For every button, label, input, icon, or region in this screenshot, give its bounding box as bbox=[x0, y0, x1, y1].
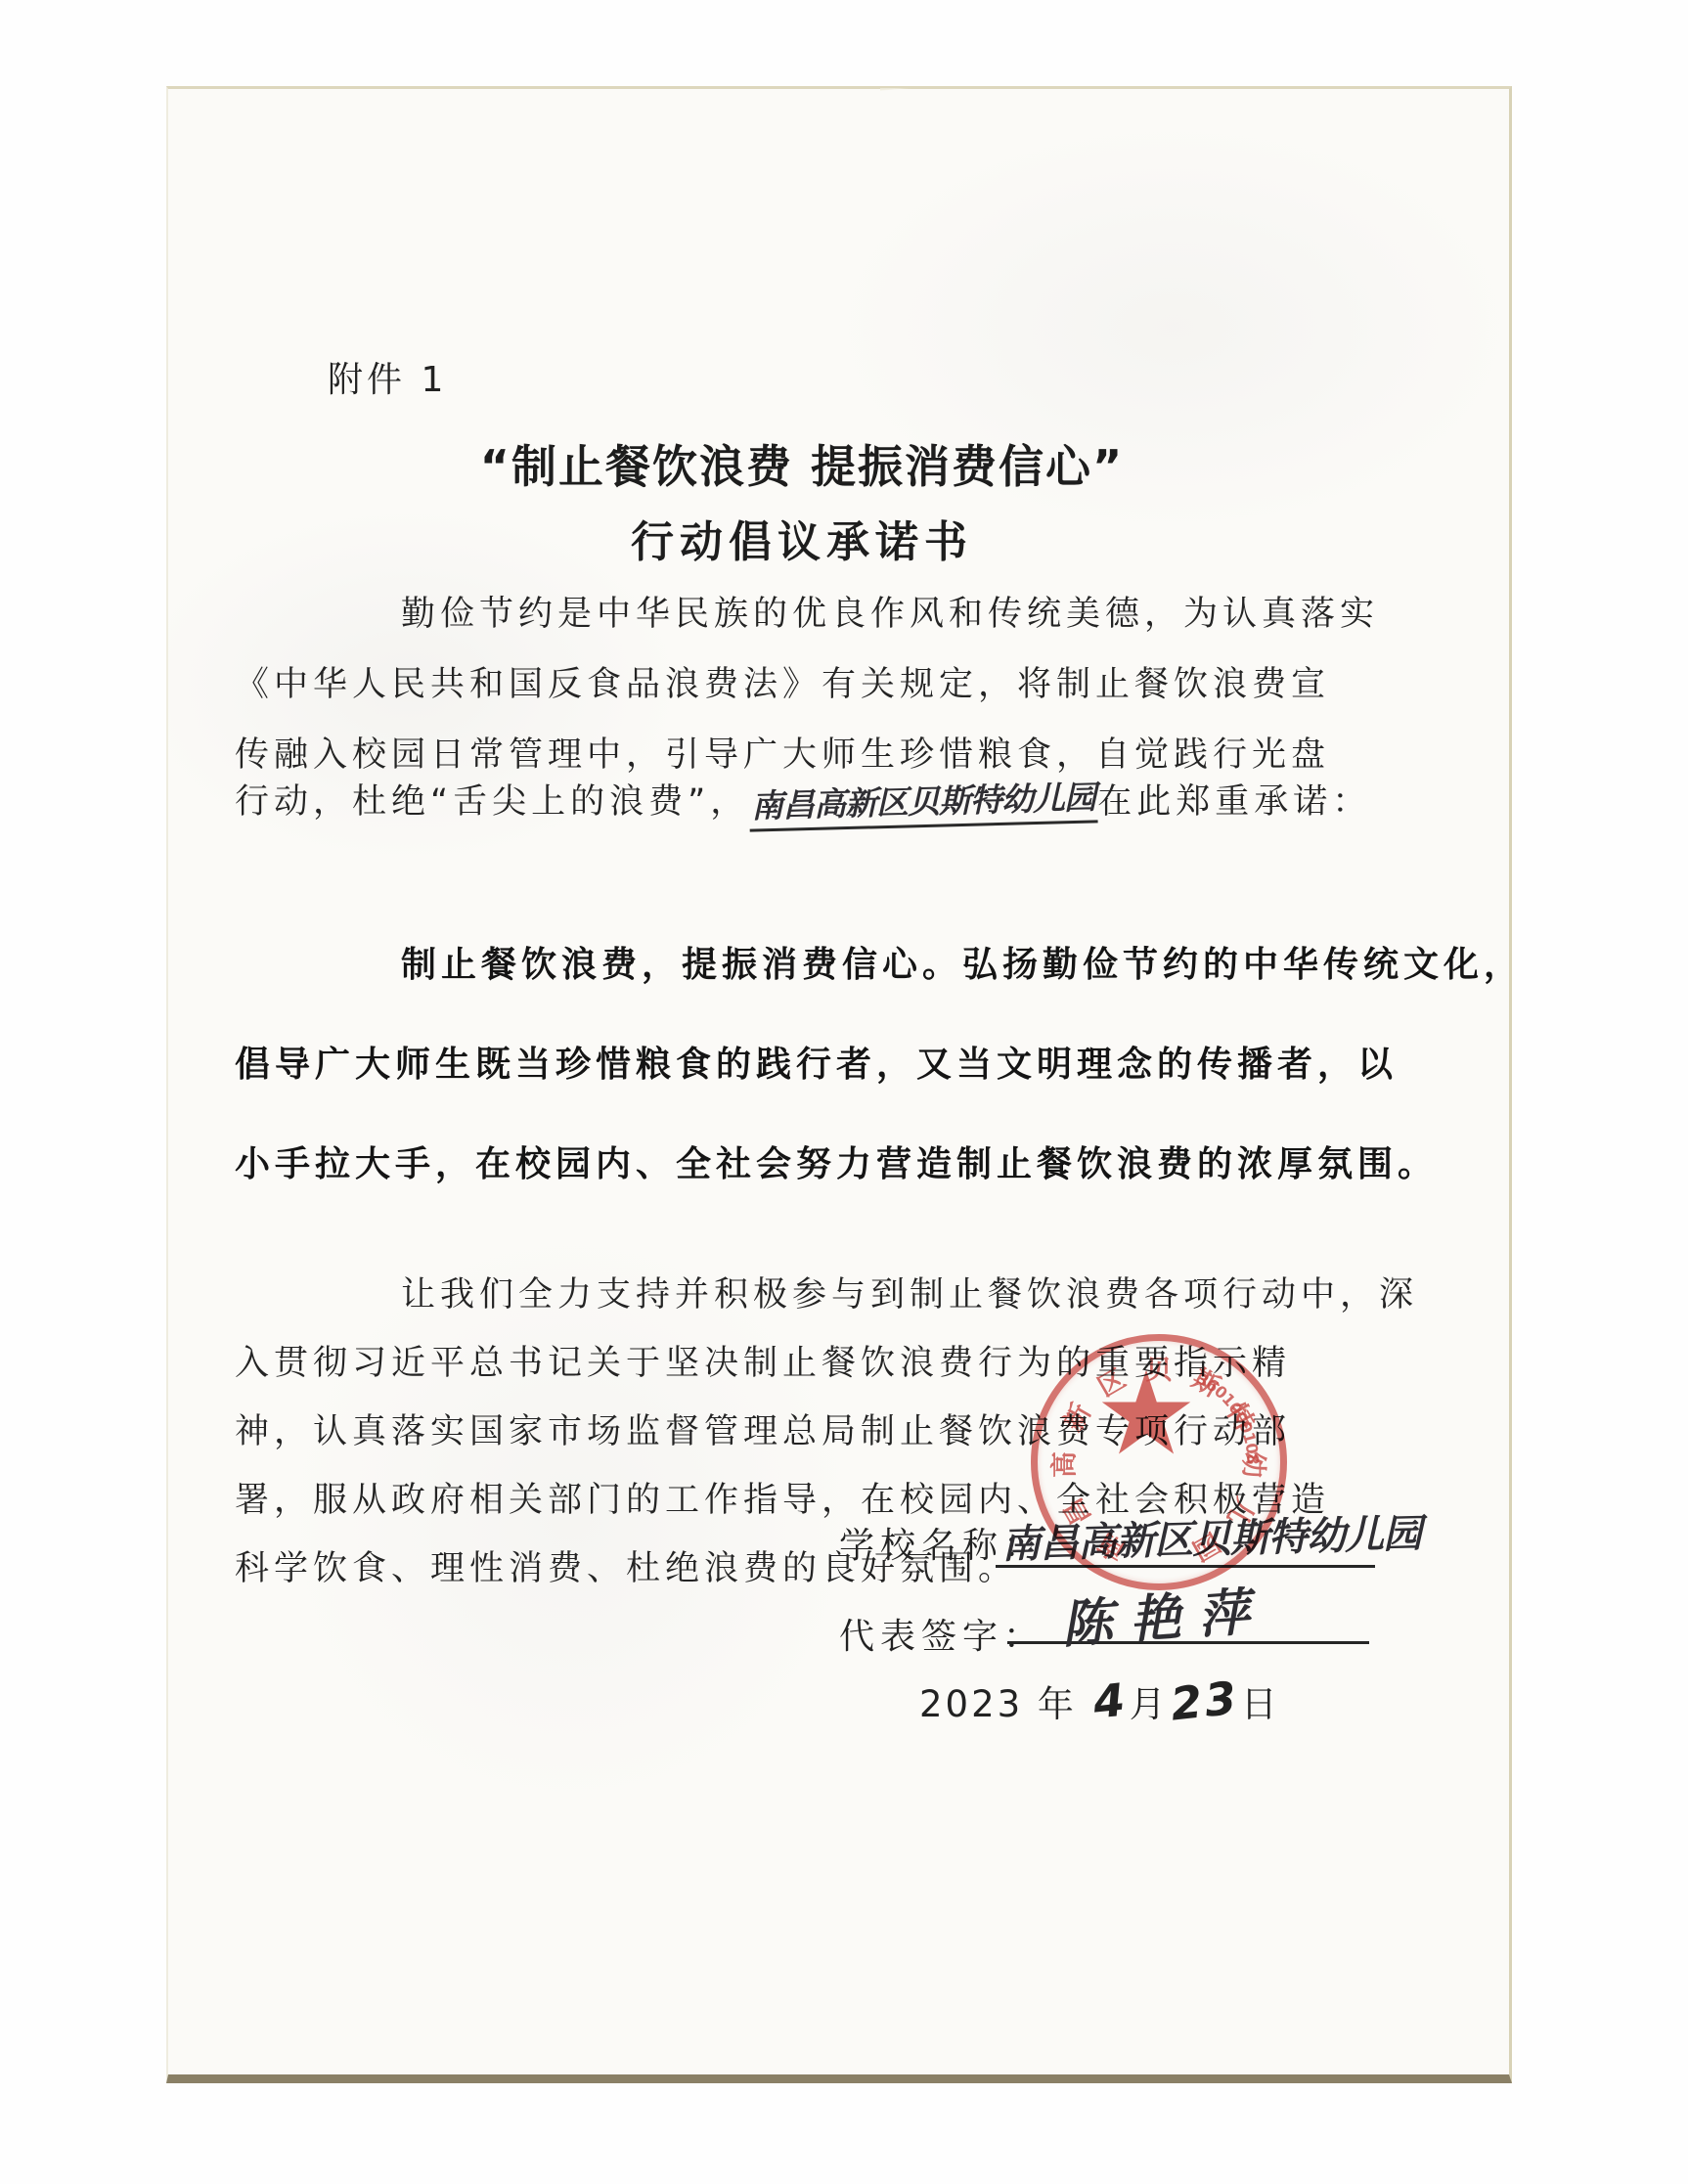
handwritten-school-name-inline: 南昌高新区贝斯特幼儿园 bbox=[749, 772, 1098, 831]
paragraph-intro-line2: 《中华人民共和国反食品浪费法》有关规定，将制止餐饮浪费宣 bbox=[235, 657, 1359, 706]
seal-ring-character: 高 bbox=[1044, 1450, 1082, 1480]
paragraph-intro-line1: 勤俭节约是中华民族的优良作风和传统美德，为认真落实 bbox=[235, 587, 1526, 636]
seal-serial-digit: 8 bbox=[1243, 1452, 1262, 1467]
line4-printed-after: 在此郑重承诺： bbox=[1097, 782, 1371, 822]
paper-top-fold-crease bbox=[880, 88, 1281, 110]
attachment-label: 附件 1 bbox=[328, 352, 447, 402]
paragraph-intro-line3: 传融入校园日常管理中，引导广大师生珍惜粮食，自觉践行光盘 bbox=[235, 728, 1359, 777]
date-day-unit: 日 bbox=[1241, 1683, 1280, 1725]
document-title-line1: “制止餐饮浪费 提振消费信心” bbox=[244, 431, 1359, 496]
paragraph-action-line1: 让我们全力支持并积极参与到制止餐饮浪费各项行动中，深 bbox=[235, 1268, 1418, 1316]
line4-printed-before: 行动，杜绝“舌尖上的浪费”， bbox=[235, 782, 749, 822]
handwritten-day-number: 23 bbox=[1168, 1671, 1241, 1730]
paragraph-pledge-line2: 倡导广大师生既当珍惜粮食的践行者，又当文明理念的传播者，以 bbox=[235, 1037, 1398, 1087]
seal-ring-character: 贝 bbox=[1144, 1349, 1174, 1387]
handwritten-month-number: 4 bbox=[1090, 1672, 1130, 1728]
official-red-seal: ★ 南昌高新区贝斯特幼儿园 3601000108 bbox=[1031, 1334, 1287, 1590]
date-line: 2023 年 4月23日 bbox=[919, 1674, 1280, 1727]
paragraph-pledge-line3: 小手拉大手，在校园内、全社会努力营造制止餐饮浪费的浓厚氛围。 bbox=[235, 1137, 1438, 1186]
date-month-unit: 月 bbox=[1130, 1683, 1169, 1725]
paragraph-intro-line4: 行动，杜绝“舌尖上的浪费”，南昌高新区贝斯特幼儿园在此郑重承诺： bbox=[235, 775, 1359, 827]
date-year-printed: 2023 年 bbox=[919, 1683, 1077, 1725]
document-title-line2: 行动倡议承诺书 bbox=[244, 507, 1359, 569]
paragraph-pledge-line1: 制止餐饮浪费，提振消费信心。弘扬勤俭节约的中华传统文化， bbox=[235, 937, 1524, 987]
